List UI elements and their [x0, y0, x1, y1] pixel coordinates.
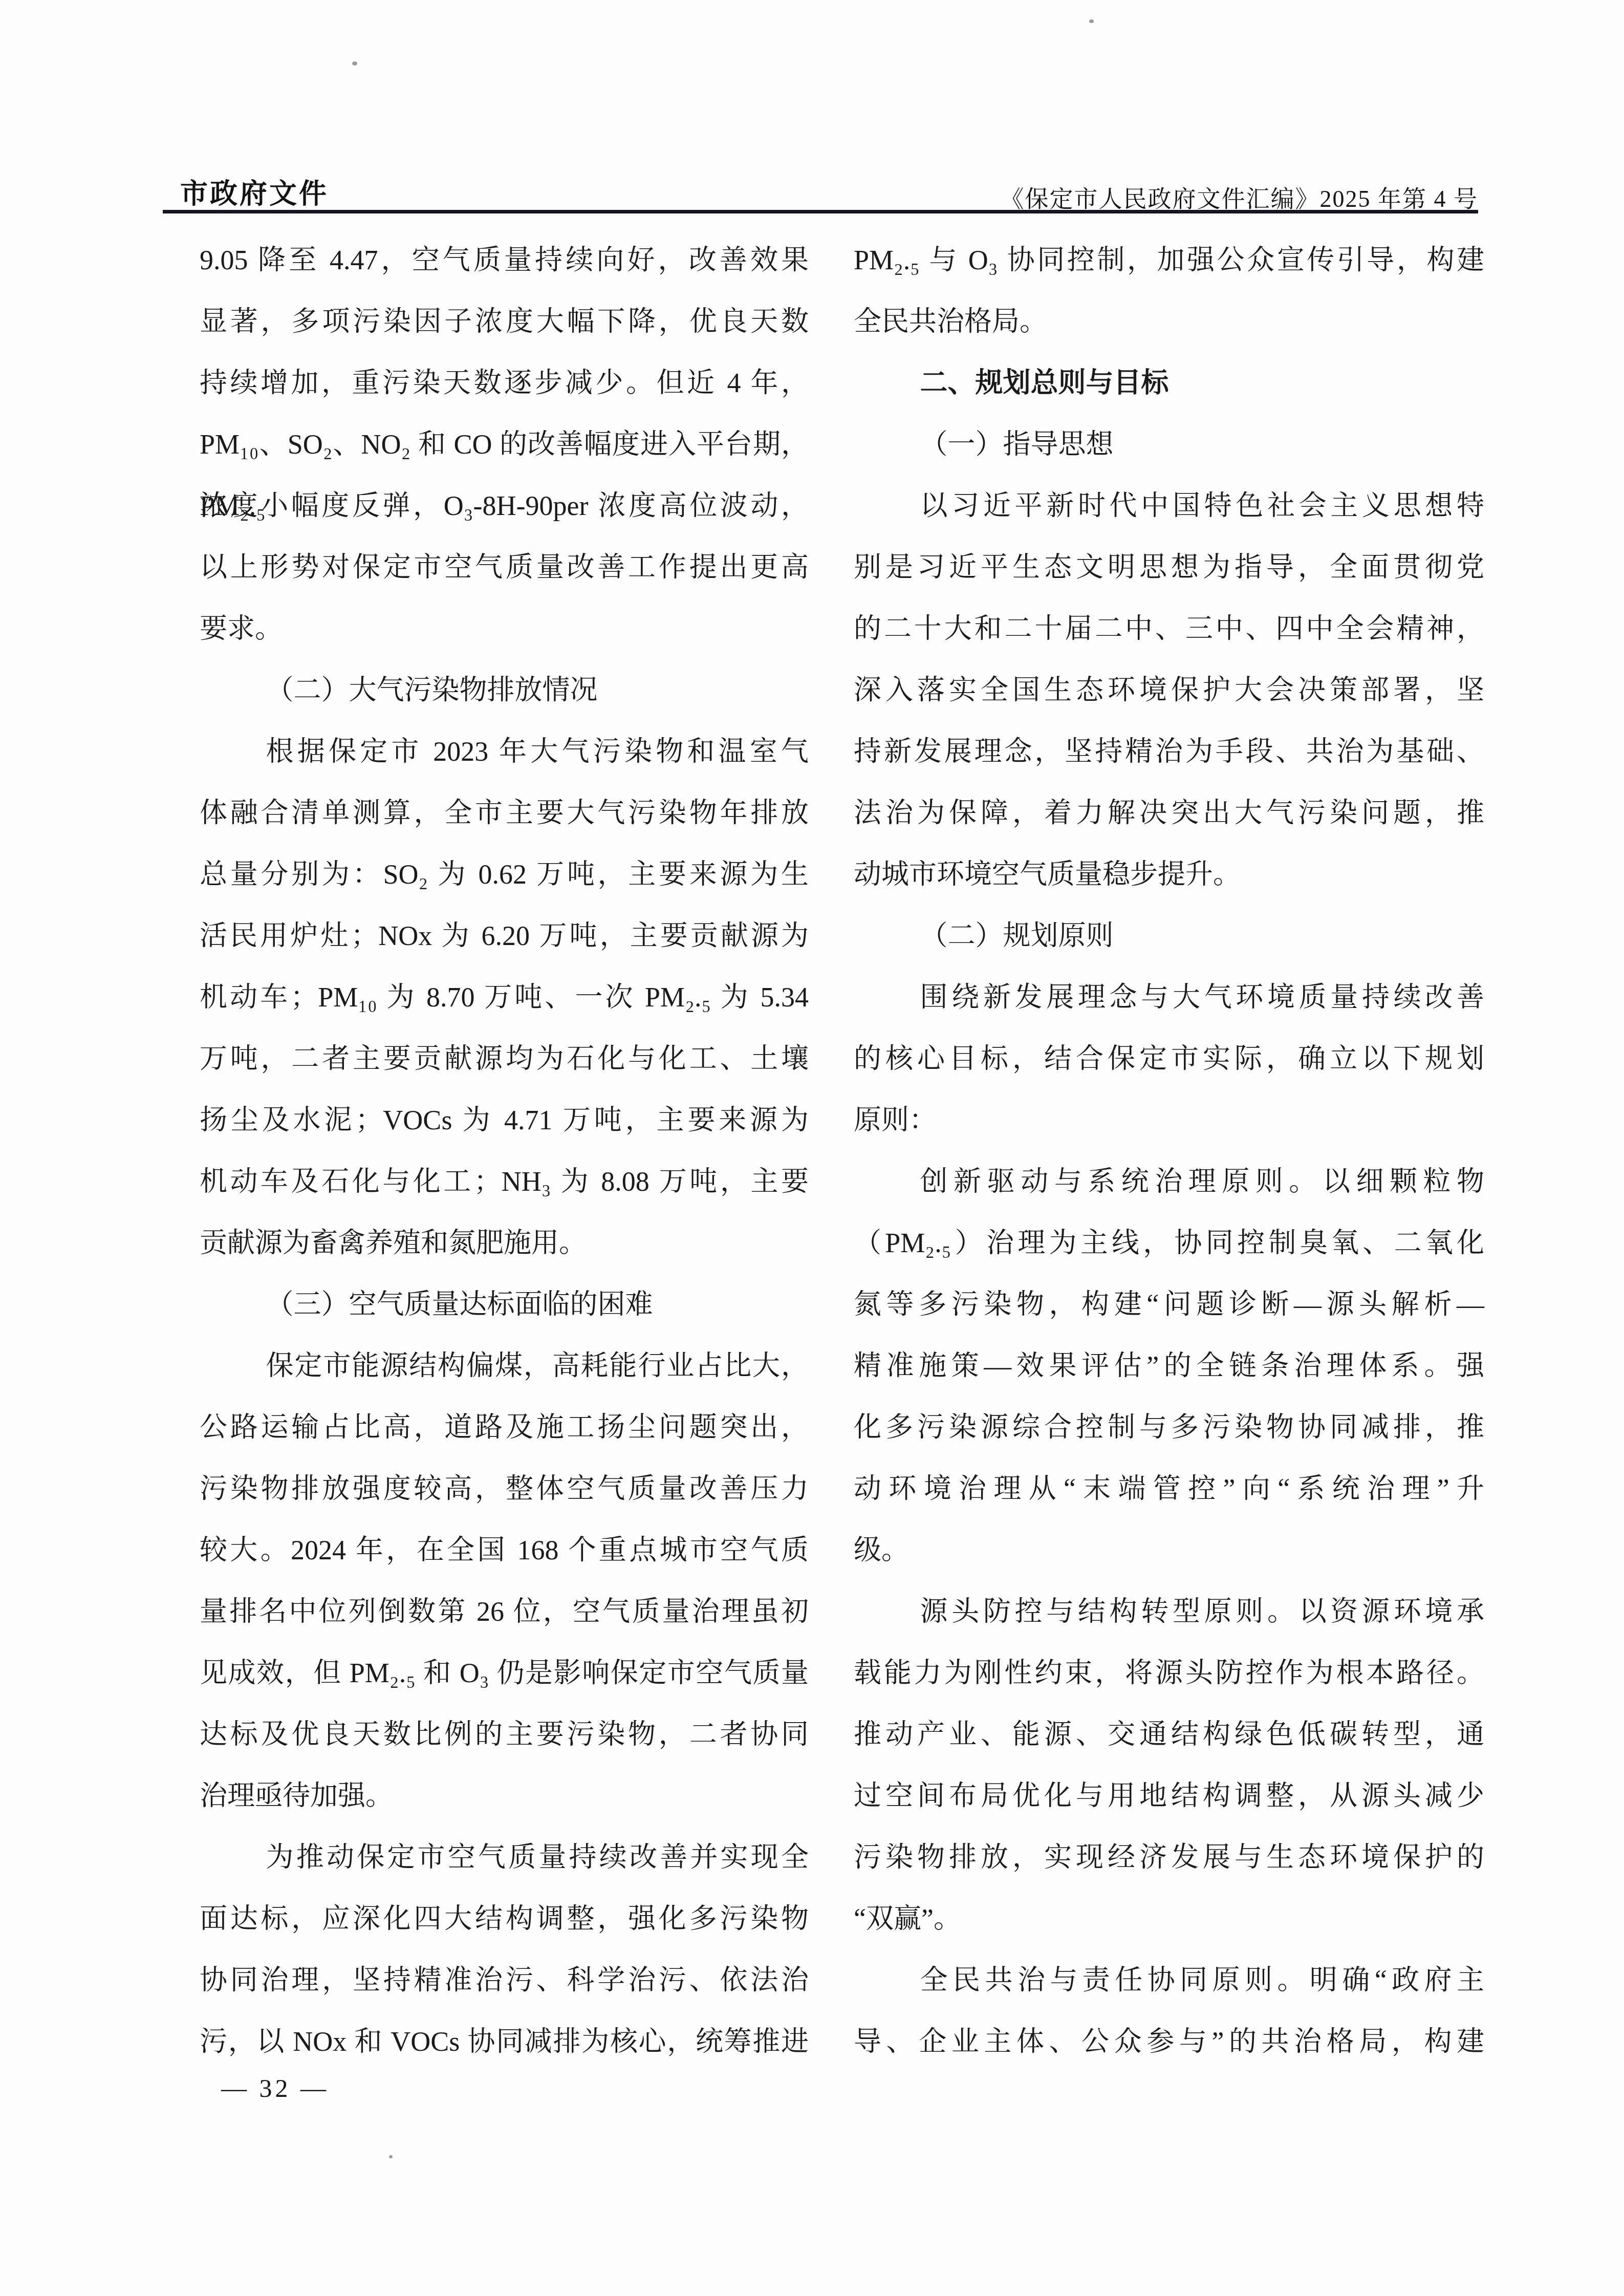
text-line: 的核心目标，结合保定市实际，确立以下规划: [854, 1028, 1484, 1089]
text-line: 过空间布局优化与用地结构调整，从源头减少: [854, 1765, 1484, 1827]
text-line: 动城市环境空气质量稳步提升。: [854, 844, 1484, 905]
text-line: 浓度小幅度反弹，O₃-8H-90per 浓度高位波动，: [200, 475, 809, 537]
text-line: 协同治理，坚持精准治污、科学治污、依法治: [200, 1949, 809, 2011]
text-line: 活民用炉灶；NOx 为 6.20 万吨，主要贡献源为: [200, 905, 809, 967]
text-line: 围绕新发展理念与大气环境质量持续改善: [854, 967, 1484, 1028]
text-line: 面达标，应深化四大结构调整，强化多污染物: [200, 1888, 809, 1949]
text-line: 法治为保障，着力解决突出大气污染问题，推: [854, 782, 1484, 844]
text-line: 为推动保定市空气质量持续改善并实现全: [200, 1827, 809, 1888]
text-line: 污染物排放强度较高，整体空气质量改善压力: [200, 1458, 809, 1519]
text-line: 深入落实全国生态环境保护大会决策部署，坚: [854, 659, 1484, 721]
text-line: 创新驱动与系统治理原则。以细颗粒物: [854, 1151, 1484, 1212]
page-number: — 32 —: [221, 2073, 329, 2103]
text-line: 化多污染源综合控制与多污染物协同减排，推: [854, 1397, 1484, 1458]
text-line: 达标及优良天数比例的主要污染物，二者协同: [200, 1704, 809, 1765]
text-line: 以上形势对保定市空气质量改善工作提出更高: [200, 537, 809, 598]
text-line: 显著，多项污染因子浓度大幅下降，优良天数: [200, 291, 809, 352]
right-text-column: PM₂.₅ 与 O₃ 协同控制，加强公众宣传引导，构建全民共治格局。二、规划总则…: [854, 229, 1484, 2072]
text-line: 以习近平新时代中国特色社会主义思想特: [854, 475, 1484, 537]
text-line: 源头防控与结构转型原则。以资源环境承: [854, 1581, 1484, 1642]
text-line: 推动产业、能源、交通结构绿色低碳转型，通: [854, 1704, 1484, 1765]
text-line: （二）规划原则: [854, 905, 1484, 967]
text-line: 的二十大和二十届二中、三中、四中全会精神，: [854, 598, 1484, 659]
scan-speck: [352, 61, 357, 66]
text-line: 动环境治理从“末端管控”向“系统治理”升: [854, 1458, 1484, 1519]
text-line: 别是习近平生态文明思想为指导，全面贯彻党: [854, 537, 1484, 598]
text-line: “双赢”。: [854, 1888, 1484, 1949]
text-line: 全民共治格局。: [854, 291, 1484, 352]
document-type-header: 市政府文件: [180, 172, 329, 211]
text-line: 污，以 NOx 和 VOCs 协同减排为核心，统筹推进: [200, 2011, 809, 2072]
text-line: 公路运输占比高，道路及施工扬尘问题突出，: [200, 1397, 809, 1458]
text-line: 持续增加，重污染天数逐步减少。但近 4 年，: [200, 352, 809, 414]
text-line: 要求。: [200, 598, 809, 659]
scan-speck: [389, 2155, 393, 2158]
text-line: 9.05 降至 4.47，空气质量持续向好，改善效果: [200, 229, 809, 291]
text-line: 精准施策—效果评估”的全链条治理体系。强: [854, 1335, 1484, 1397]
header-rule: [163, 210, 1478, 213]
text-line: 保定市能源结构偏煤，高耗能行业占比大，: [200, 1335, 809, 1397]
text-line: 扬尘及水泥；VOCs 为 4.71 万吨，主要来源为: [200, 1089, 809, 1151]
text-line: PM₁₀、SO₂、NO₂ 和 CO 的改善幅度进入平台期，PM₂.₅: [200, 414, 809, 475]
text-line: 万吨，二者主要贡献源均为石化与化工、土壤: [200, 1028, 809, 1089]
compilation-header: 《保定市人民政府文件汇编》2025 年第 4 号: [1001, 180, 1479, 214]
text-line: 氮等多污染物，构建“问题诊断—源头解析—: [854, 1274, 1484, 1335]
text-line: 根据保定市 2023 年大气污染物和温室气: [200, 721, 809, 782]
text-line: 机动车；PM₁₀ 为 8.70 万吨、一次 PM₂.₅ 为 5.34: [200, 967, 809, 1028]
text-line: 贡献源为畜禽养殖和氮肥施用。: [200, 1212, 809, 1274]
text-line: 原则：: [854, 1089, 1484, 1151]
text-line: 体融合清单测算，全市主要大气污染物年排放: [200, 782, 809, 844]
document-page: 市政府文件 《保定市人民政府文件汇编》2025 年第 4 号 9.05 降至 4…: [0, 0, 1624, 2296]
text-line: 见成效，但 PM₂.₅ 和 O₃ 仍是影响保定市空气质量: [200, 1642, 809, 1704]
text-line: 量排名中位列倒数第 26 位，空气质量治理虽初: [200, 1581, 809, 1642]
text-line: PM₂.₅ 与 O₃ 协同控制，加强公众宣传引导，构建: [854, 229, 1484, 291]
text-line: （PM₂.₅）治理为主线，协同控制臭氧、二氧化: [854, 1212, 1484, 1274]
text-line: 治理亟待加强。: [200, 1765, 809, 1827]
text-line: 污染物排放，实现经济发展与生态环境保护的: [854, 1827, 1484, 1888]
text-line: 级。: [854, 1519, 1484, 1581]
section-heading: 二、规划总则与目标: [854, 352, 1484, 414]
text-line: 较大。2024 年，在全国 168 个重点城市空气质: [200, 1519, 809, 1581]
text-line: 全民共治与责任协同原则。明确“政府主: [854, 1949, 1484, 2011]
text-line: （二）大气污染物排放情况: [200, 659, 809, 721]
text-line: 载能力为刚性约束，将源头防控作为根本路径。: [854, 1642, 1484, 1704]
left-text-column: 9.05 降至 4.47，空气质量持续向好，改善效果显著，多项污染因子浓度大幅下…: [200, 229, 809, 2072]
text-line: 持新发展理念，坚持精治为手段、共治为基础、: [854, 721, 1484, 782]
text-line: 总量分别为：SO₂ 为 0.62 万吨，主要来源为生: [200, 844, 809, 905]
text-line: 机动车及石化与化工；NH₃ 为 8.08 万吨，主要: [200, 1151, 809, 1212]
text-line: 导、企业主体、公众参与”的共治格局，构建: [854, 2011, 1484, 2072]
text-line: （一）指导思想: [854, 414, 1484, 475]
text-line: （三）空气质量达标面临的困难: [200, 1274, 809, 1335]
scan-speck: [1089, 19, 1094, 23]
